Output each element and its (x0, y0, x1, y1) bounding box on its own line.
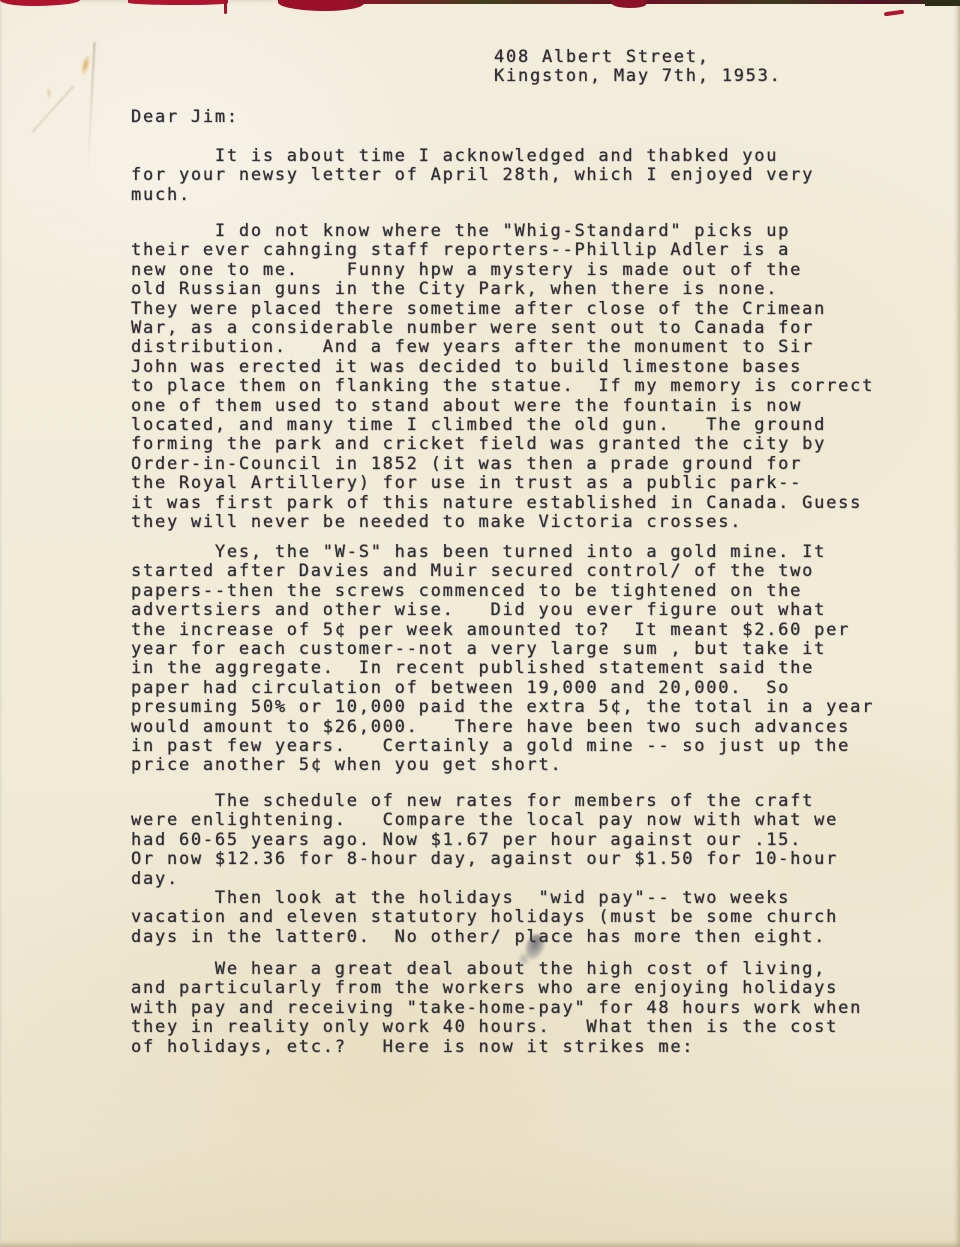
letter-page: 408 Albert Street, Kingston, May 7th, 19… (0, 0, 960, 1247)
paragraph-cost-of-living: We hear a great deal about the high cost… (131, 960, 862, 1057)
salutation: Dear Jim: (131, 108, 239, 127)
return-address: 408 Albert Street, Kingston, May 7th, 19… (494, 48, 782, 87)
paragraph-whig-standard-guns: I do not know where the "Whig-Standard" … (131, 222, 874, 533)
paragraph-rates-holidays: The schedule of new rates for members of… (131, 792, 838, 947)
paragraph-opening-thanks: It is about time I acknowledged and thab… (131, 147, 814, 205)
dark-stain-top-right-band (350, 0, 960, 4)
paper-crease-diagonal (32, 85, 75, 132)
red-dash-mark (884, 10, 904, 17)
red-stain-blob-2 (612, 0, 646, 8)
yellow-stain-spot-2 (47, 88, 51, 98)
red-stain-top-left (0, 0, 80, 6)
return-address-line-1: 408 Albert Street, (494, 47, 710, 67)
return-address-line-2: Kingston, May 7th, 1953. (494, 66, 782, 86)
yellow-stain-spot (80, 54, 92, 75)
dark-stain-top-corner (925, 0, 960, 6)
red-stain-top-segment (128, 0, 228, 5)
paragraph-gold-mine: Yes, the "W-S" has been turned into a go… (131, 543, 874, 776)
red-stain-tick (224, 0, 227, 14)
